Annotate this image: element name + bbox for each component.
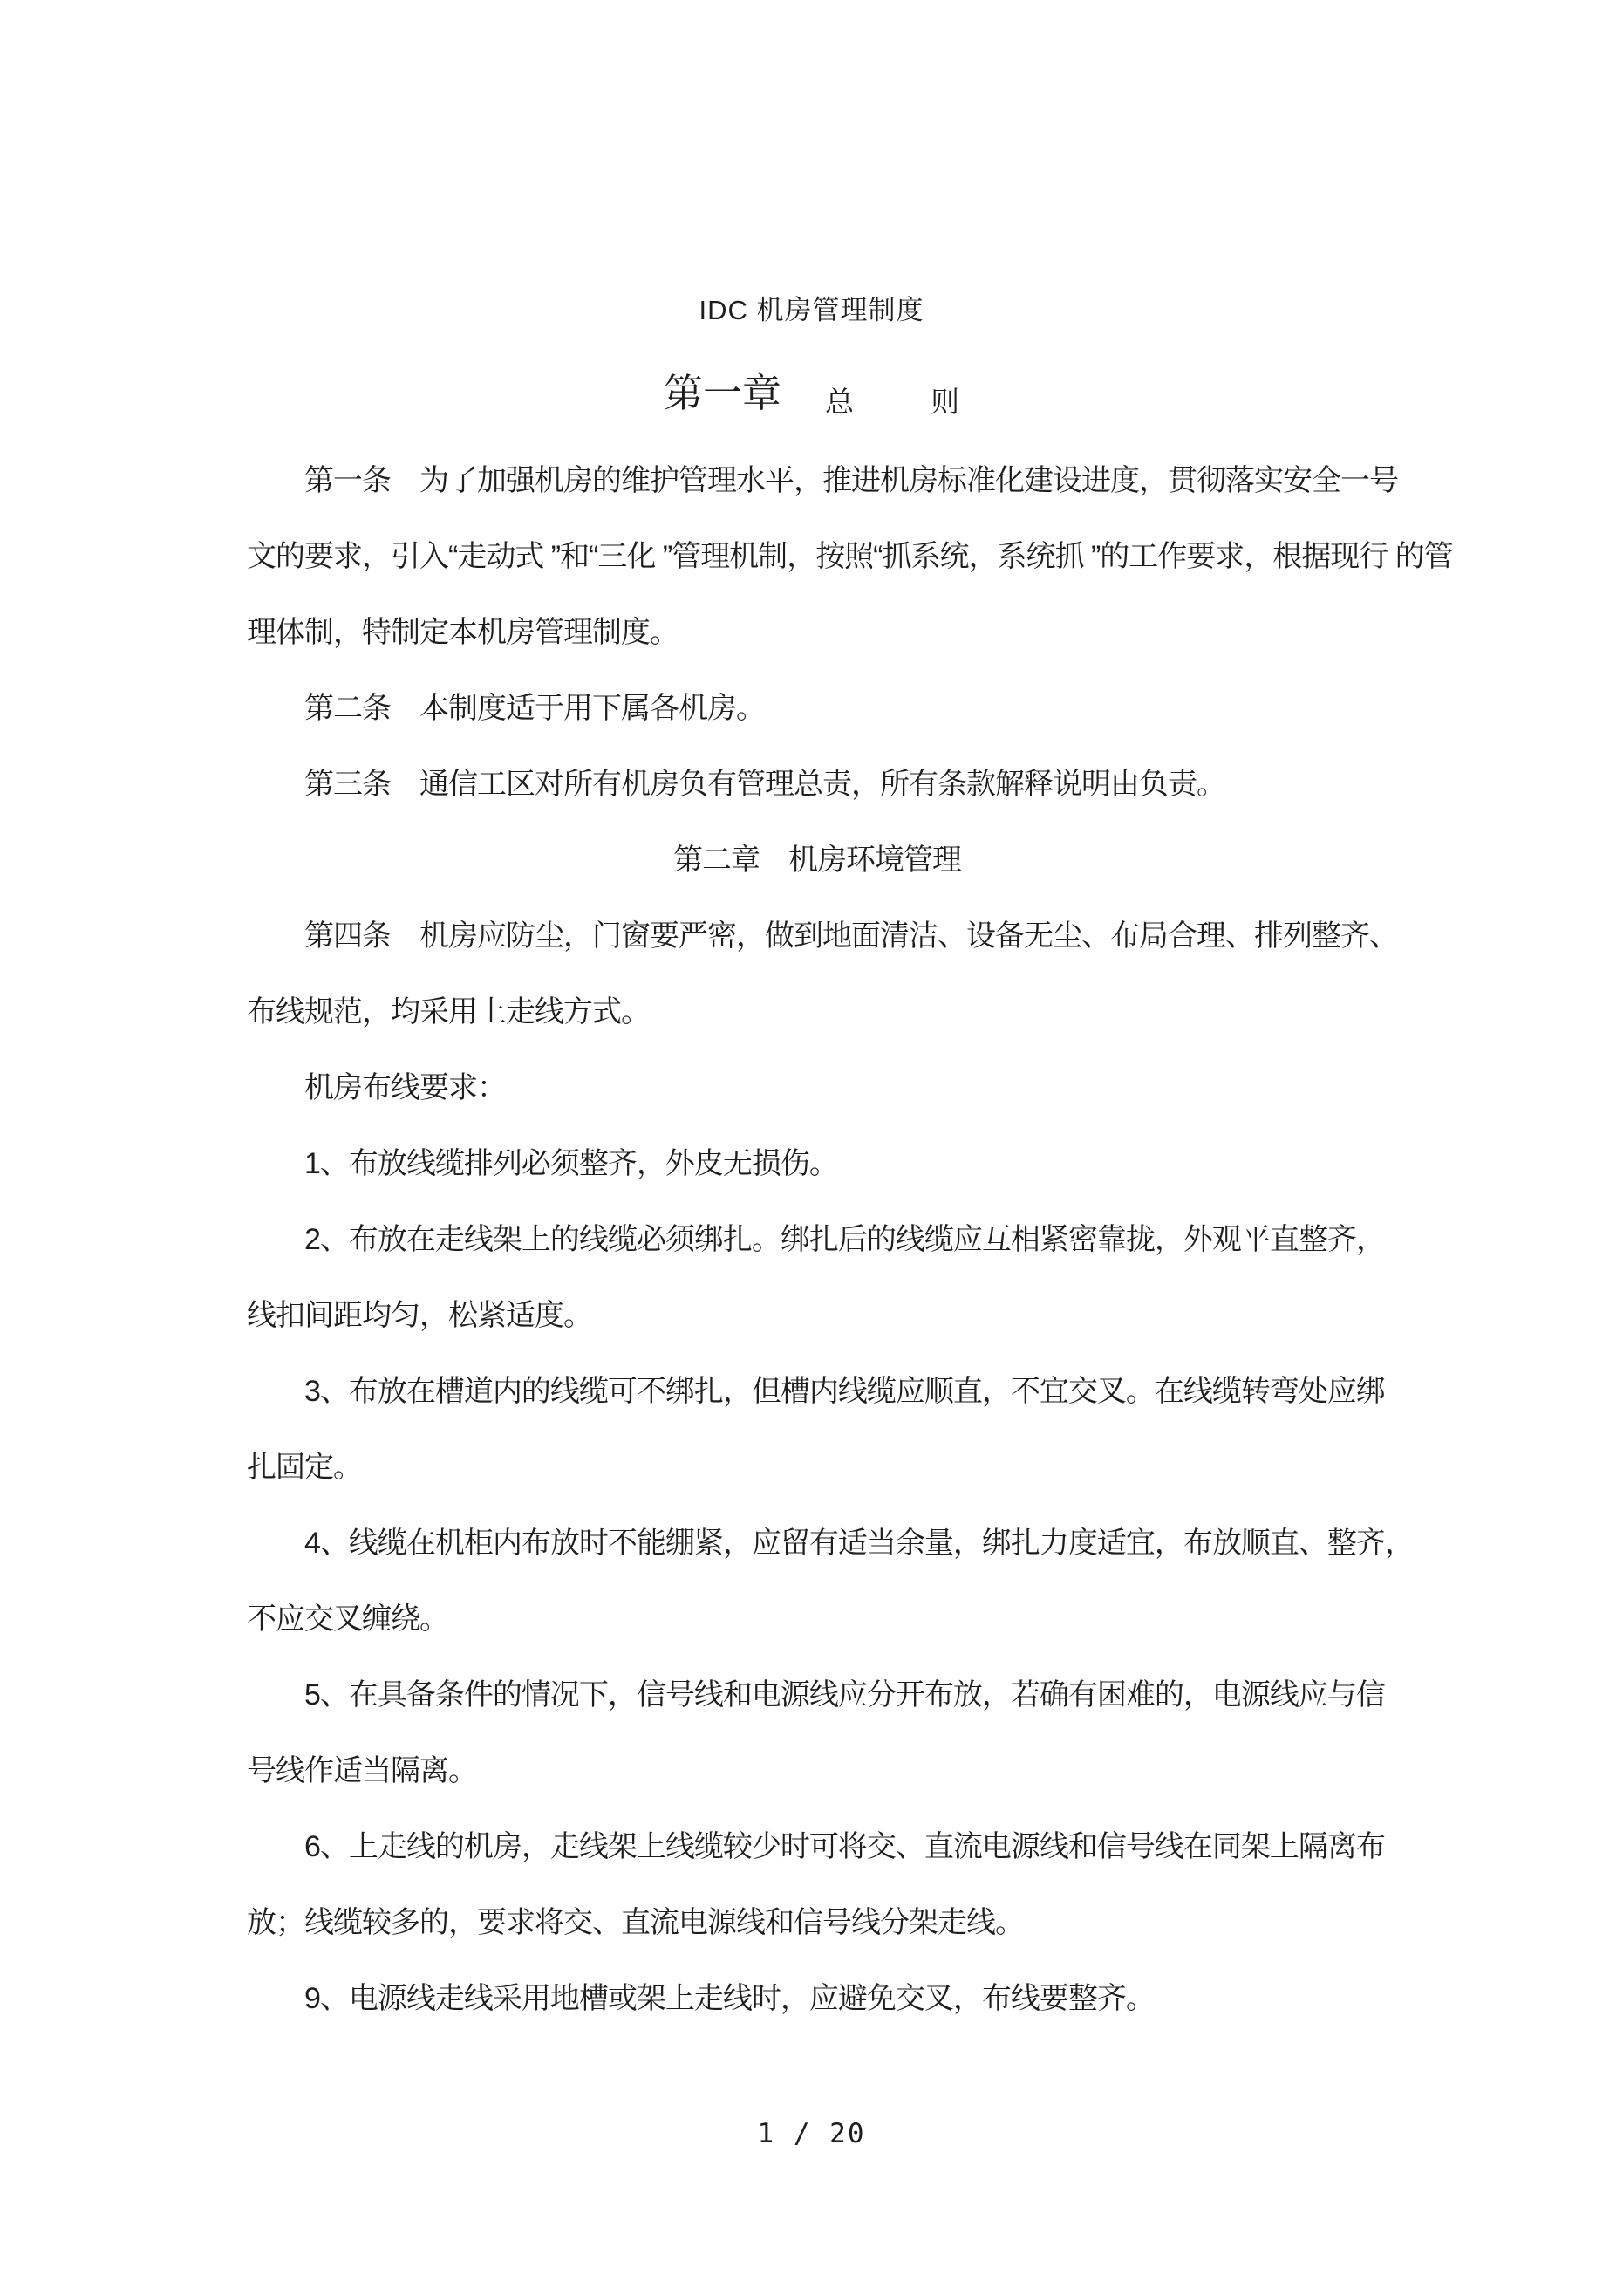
text-line: 号线作适当隔离。 (247, 1733, 1388, 1809)
text-line: 第二章 机房环境管理 (247, 823, 1388, 899)
text-line: 线扣间距均匀，松紧适度。 (247, 1278, 1388, 1354)
text-line: 扎固定。 (247, 1430, 1388, 1506)
document-body: 第一条 为了加强机房的维护管理水平，推进机房标准化建设进度，贯彻落实安全一号文的… (0, 443, 1623, 2037)
text-line: 第三条 通信工区对所有机房负有管理总责，所有条款解释说明由负责。 (247, 747, 1388, 823)
document-page: IDC 机房管理制度 第一章 总 则 第一条 为了加强机房的维护管理水平，推进机… (0, 0, 1623, 2296)
text-line: 理体制，特制定本机房管理制度。 (247, 595, 1388, 671)
page-footer: 1 / 20 (0, 2118, 1623, 2149)
text-line: 1、布放线缆排列必须整齐，外皮无损伤。 (247, 1126, 1388, 1202)
text-line: 3、布放在槽道内的线缆可不绑扎，但槽内线缆应顺直，不宜交叉。在线缆转弯处应绑 (247, 1354, 1388, 1430)
text-line: 文的要求，引入“走动式 ”和“三化 ”管理机制，按照“抓系统，系统抓 ”的工作要… (247, 519, 1388, 595)
text-line: 6、上走线的机房，走线架上线缆较少时可将交、直流电源线和信号线在同架上隔离布 (247, 1809, 1388, 1885)
chapter-number: 第一章 (664, 372, 781, 415)
chapter-word-2: 则 (931, 385, 959, 420)
text-line: 不应交叉缠绕。 (247, 1582, 1388, 1657)
chapter-word-1: 总 (825, 385, 854, 420)
text-line: 机房布线要求： (247, 1050, 1388, 1126)
page-number: 1 / 20 (758, 2118, 866, 2149)
text-line: 第二条 本制度适于用下属各机房。 (247, 671, 1388, 747)
text-line: 2、布放在走线架上的线缆必须绑扎。绑扎后的线缆应互相紧密靠拢，外观平直整齐， (247, 1202, 1388, 1278)
text-line: 放；线缆较多的，要求将交、直流电源线和信号线分架走线。 (247, 1885, 1388, 1961)
text-line: 第四条 机房应防尘，门窗要严密，做到地面清洁、设备无尘、布局合理、排列整齐、 (247, 899, 1388, 974)
text-line: 第一条 为了加强机房的维护管理水平，推进机房标准化建设进度，贯彻落实安全一号 (247, 443, 1388, 519)
document-title: IDC 机房管理制度 (0, 0, 1623, 326)
text-line: 布线规范，均采用上走线方式。 (247, 974, 1388, 1050)
chapter-heading: 第一章 总 则 (0, 372, 1623, 415)
text-line: 9、电源线走线采用地槽或架上走线时，应避免交叉，布线要整齐。 (247, 1961, 1388, 2037)
text-line: 4、线缆在机柜内布放时不能绷紧，应留有适当余量，绑扎力度适宜，布放顺直、整齐， (247, 1506, 1388, 1582)
text-line: 5、在具备条件的情况下，信号线和电源线应分开布放，若确有困难的，电源线应与信 (247, 1657, 1388, 1733)
